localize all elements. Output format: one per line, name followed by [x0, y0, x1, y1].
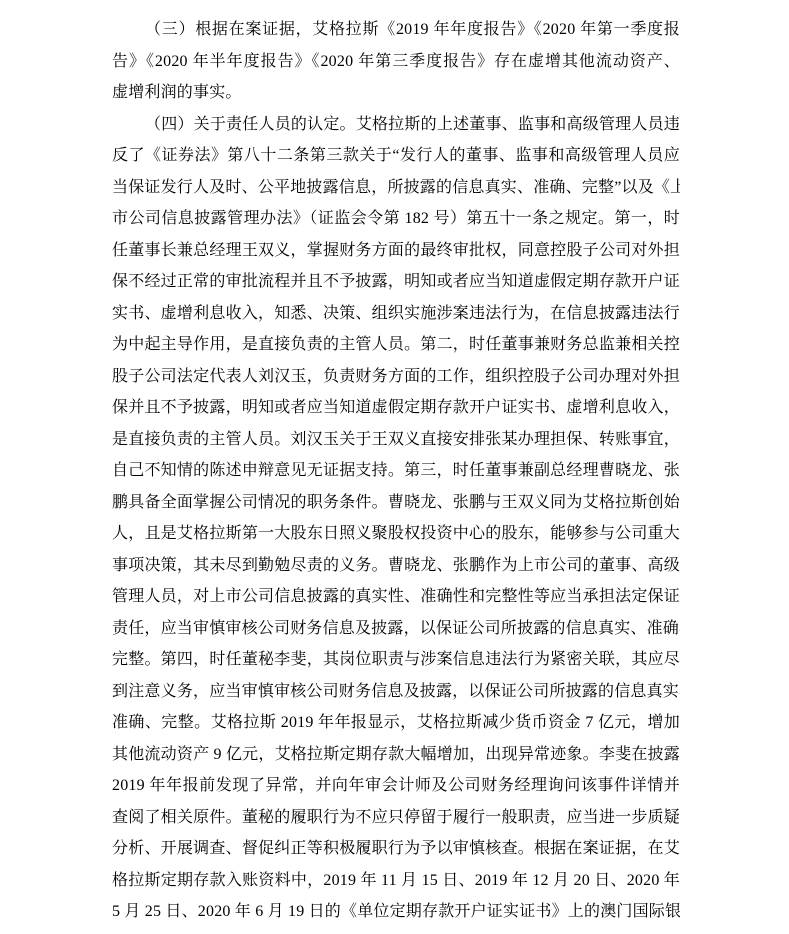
document-line: 当保证发行人及时、公平地披露信息，所披露的信息真实、准确、完整”以及《上 — [112, 172, 680, 204]
document-line: 保不经过正常的审批流程并且不予披露，明知或者应当知道虚假定期存款开户证 — [112, 266, 680, 298]
document-line: 格拉斯定期存款入账资料中，2019 年 11 月 15 日、2019 年 12 … — [112, 865, 680, 897]
document-line: 其他流动资产 9 亿元，艾格拉斯定期存款大幅增加，出现异常迹象。李斐在披露 — [112, 739, 680, 771]
document-line: 查阅了相关原件。董秘的履职行为不应只停留于履行一般职责，应当进一步质疑 — [112, 802, 680, 834]
document-line: 责任，应当审慎审核公司财务信息及披露，以保证公司所披露的信息真实、准确、 — [112, 613, 680, 645]
document-line: 完整。第四，时任董秘李斐，其岗位职责与涉案信息违法行为紧密关联，其应尽 — [112, 644, 680, 676]
document-line: 管理人员，对上市公司信息披露的真实性、准确性和完整性等应当承担法定保证 — [112, 581, 680, 613]
document-line: 虚增利润的事实。 — [112, 77, 680, 109]
document-line: 到注意义务，应当审慎审核公司财务信息及披露，以保证公司所披露的信息真实、 — [112, 676, 680, 708]
document-line: 鹏具备全面掌握公司情况的职务条件。曹晓龙、张鹏与王双义同为艾格拉斯创始 — [112, 487, 680, 519]
paragraph: （四）关于责任人员的认定。艾格拉斯的上述董事、监事和高级管理人员违反了《证券法》… — [112, 109, 680, 928]
paragraph: （三）根据在案证据，艾格拉斯《2019 年年度报告》《2020 年第一季度报告》… — [112, 14, 680, 109]
document-line: 任董事长兼总经理王双义，掌握财务方面的最终审批权，同意控股子公司对外担 — [112, 235, 680, 267]
document-line: 2019 年年报前发现了异常，并向年审会计师及公司财务经理询问该事件详情并 — [112, 770, 680, 802]
document-line: 告》《2020 年半年度报告》《2020 年第三季度报告》存在虚增其他流动资产、 — [112, 46, 680, 78]
document-line: （四）关于责任人员的认定。艾格拉斯的上述董事、监事和高级管理人员违 — [112, 109, 680, 141]
document-line: 股子公司法定代表人刘汉玉，负责财务方面的工作，组织控股子公司办理对外担 — [112, 361, 680, 393]
document-line: 事项决策，其未尽到勤勉尽责的义务。曹晓龙、张鹏作为上市公司的董事、高级 — [112, 550, 680, 582]
document-line: 人，且是艾格拉斯第一大股东日照义聚股权投资中心的股东，能够参与公司重大 — [112, 518, 680, 550]
document-line: 5 月 25 日、2020 年 6 月 19 日的《单位定期存款开户证实证书》上… — [112, 896, 680, 928]
document-line: 分析、开展调查、督促纠正等积极履职行为予以审慎核查。根据在案证据，在艾 — [112, 833, 680, 865]
document-line: 实书、虚增利息收入，知悉、决策、组织实施涉案违法行为，在信息披露违法行 — [112, 298, 680, 330]
document-line: 是直接负责的主管人员。刘汉玉关于王双义直接安排张某办理担保、转账事宜， — [112, 424, 680, 456]
document-line: （三）根据在案证据，艾格拉斯《2019 年年度报告》《2020 年第一季度报 — [112, 14, 680, 46]
document-line: 保并且不予披露，明知或者应当知道虚假定期存款开户证实书、虚增利息收入， — [112, 392, 680, 424]
document-line: 为中起主导作用，是直接负责的主管人员。第二，时任董事兼财务总监兼相关控 — [112, 329, 680, 361]
document-line: 自己不知情的陈述申辩意见无证据支持。第三，时任董事兼副总经理曹晓龙、张 — [112, 455, 680, 487]
document-text: （三）根据在案证据，艾格拉斯《2019 年年度报告》《2020 年第一季度报告》… — [112, 14, 680, 928]
document-line: 准确、完整。艾格拉斯 2019 年年报显示，艾格拉斯减少货币资金 7 亿元，增加 — [112, 707, 680, 739]
document-line: 反了《证券法》第八十二条第三款关于“发行人的董事、监事和高级管理人员应 — [112, 140, 680, 172]
document-page: （三）根据在案证据，艾格拉斯《2019 年年度报告》《2020 年第一季度报告》… — [0, 0, 789, 934]
document-line: 市公司信息披露管理办法》（证监会令第 182 号）第五十一条之规定。第一，时 — [112, 203, 680, 235]
